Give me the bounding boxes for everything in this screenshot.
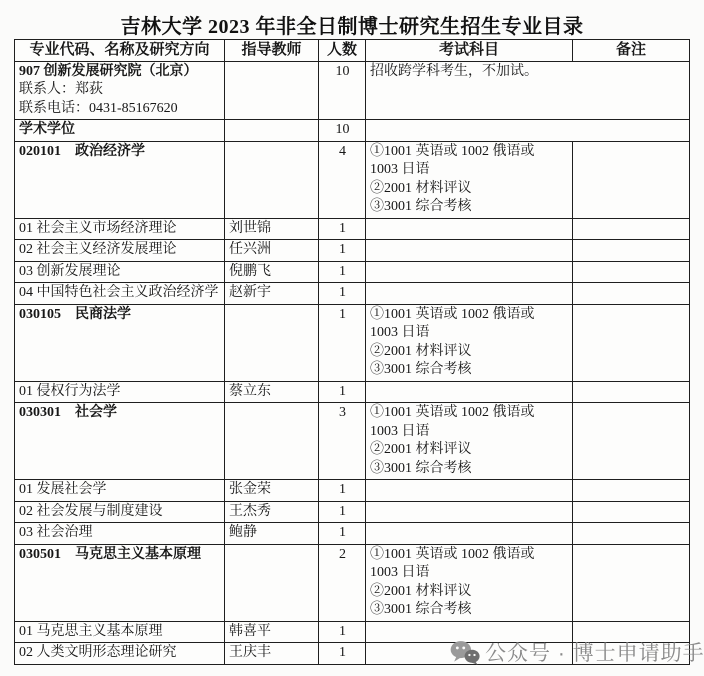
count-cell: 1 [319, 218, 366, 240]
exam-subject-line: ②2001 材料评议 [370, 343, 569, 362]
page: { "page": { "title": "吉林大学 2023 年非全日制博士研… [0, 0, 704, 676]
header-remarks: 备注 [573, 40, 690, 62]
program-name-cell: 01 社会主义市场经济理论 [15, 218, 225, 240]
exam-subject-line: ②2001 材料评议 [370, 180, 569, 199]
program-name-cell: 学术学位 [15, 120, 225, 142]
note-cell [573, 141, 690, 218]
exam-subjects-cell: ①1001 英语或 1002 俄语或1003 日语②2001 材料评议③3001… [366, 304, 573, 381]
note-cell [573, 480, 690, 502]
table-header-row: 专业代码、名称及研究方向 指导教师 人数 考试科目 备注 [15, 40, 690, 62]
program-name-cell: 03 社会治理 [15, 523, 225, 545]
supervisor-cell: 赵新宇 [225, 283, 319, 305]
exam-subject-line: 1003 日语 [370, 564, 569, 583]
program-name-cell: 04 中国特色社会主义政治经济学 [15, 283, 225, 305]
catalog-table-body: 907 创新发展研究院（北京）联系人：郑荻联系电话：0431-851676201… [15, 61, 690, 664]
note-cell [573, 544, 690, 621]
exam-subjects-cell [366, 218, 573, 240]
supervisor-cell: 任兴洲 [225, 240, 319, 262]
table-row-direction: 03 社会治理鲍静1 [15, 523, 690, 545]
count-cell: 10 [319, 61, 366, 120]
supervisor-cell [225, 120, 319, 142]
program-name-line: 01 侵权行为法学 [19, 383, 221, 402]
table-row-program: 030301 社会学3①1001 英语或 1002 俄语或1003 日语②200… [15, 403, 690, 480]
count-cell: 1 [319, 643, 366, 665]
table-row-program: 030105 民商法学1①1001 英语或 1002 俄语或1003 日语②20… [15, 304, 690, 381]
count-cell: 1 [319, 501, 366, 523]
exam-subject-line: ②2001 材料评议 [370, 583, 569, 602]
exam-subject-line: 1003 日语 [370, 423, 569, 442]
exam-subjects-cell: ①1001 英语或 1002 俄语或1003 日语②2001 材料评议③3001… [366, 141, 573, 218]
note-cell [573, 240, 690, 262]
count-cell: 1 [319, 240, 366, 262]
exam-subjects-cell [366, 261, 573, 283]
table-row-direction: 04 中国特色社会主义政治经济学赵新宇1 [15, 283, 690, 305]
header-count: 人数 [319, 40, 366, 62]
supervisor-cell: 刘世锦 [225, 218, 319, 240]
catalog-table: 专业代码、名称及研究方向 指导教师 人数 考试科目 备注 907 创新发展研究院… [14, 39, 690, 665]
program-name-line: 02 社会发展与制度建设 [19, 503, 221, 522]
count-cell: 1 [319, 523, 366, 545]
exam-subjects-cell [366, 240, 573, 262]
note-cell [573, 381, 690, 403]
program-name-line: 020101 政治经济学 [19, 143, 221, 162]
program-name-line: 030105 民商法学 [19, 306, 221, 325]
program-name-line: 02 社会主义经济发展理论 [19, 241, 221, 260]
supervisor-cell: 鲍静 [225, 523, 319, 545]
supervisor-cell: 王庆丰 [225, 643, 319, 665]
exam-subject-line: ①1001 英语或 1002 俄语或 [370, 546, 569, 565]
table-row-direction: 01 发展社会学张金荣1 [15, 480, 690, 502]
count-cell: 1 [319, 621, 366, 643]
table-row-direction: 02 社会发展与制度建设王杰秀1 [15, 501, 690, 523]
exam-subjects-cell [366, 480, 573, 502]
table-row-direction: 01 侵权行为法学蔡立东1 [15, 381, 690, 403]
program-name-cell: 01 发展社会学 [15, 480, 225, 502]
table-row-direction: 03 创新发展理论倪鹏飞1 [15, 261, 690, 283]
program-name-cell: 02 人类文明形态理论研究 [15, 643, 225, 665]
program-name-cell: 030105 民商法学 [15, 304, 225, 381]
note-merged-cell: 招收跨学科考生，不加试。 [366, 61, 690, 120]
program-name-cell: 03 创新发展理论 [15, 261, 225, 283]
note-cell [573, 283, 690, 305]
program-name-line: 03 社会治理 [19, 524, 221, 543]
exam-subjects-cell [366, 381, 573, 403]
exam-subject-line: ③3001 综合考核 [370, 198, 569, 217]
exam-subject-line: ①1001 英语或 1002 俄语或 [370, 306, 569, 325]
note-cell [573, 261, 690, 283]
supervisor-cell [225, 61, 319, 120]
supervisor-cell [225, 403, 319, 480]
supervisor-cell: 王杰秀 [225, 501, 319, 523]
exam-subject-line: ①1001 英语或 1002 俄语或 [370, 143, 569, 162]
exam-subjects-cell: ①1001 英语或 1002 俄语或1003 日语②2001 材料评议③3001… [366, 403, 573, 480]
count-cell: 2 [319, 544, 366, 621]
wechat-icon [450, 640, 480, 665]
exam-subject-line: ③3001 综合考核 [370, 601, 569, 620]
exam-subject-line: ③3001 综合考核 [370, 460, 569, 479]
program-name-line: 03 创新发展理论 [19, 263, 221, 282]
program-name-line: 030301 社会学 [19, 404, 221, 423]
table-row-program: 020101 政治经济学4①1001 英语或 1002 俄语或1003 日语②2… [15, 141, 690, 218]
count-cell: 1 [319, 381, 366, 403]
program-name-cell: 030501 马克思主义基本原理 [15, 544, 225, 621]
note-cell [573, 523, 690, 545]
exam-subject-line: 1003 日语 [370, 324, 569, 343]
note-cell [573, 403, 690, 480]
table-row-dept: 907 创新发展研究院（北京）联系人：郑荻联系电话：0431-851676201… [15, 61, 690, 120]
header-major-code: 专业代码、名称及研究方向 [15, 40, 225, 62]
program-name-line: 907 创新发展研究院（北京） [19, 63, 221, 82]
program-name-cell: 030301 社会学 [15, 403, 225, 480]
exam-subjects-cell [366, 283, 573, 305]
supervisor-cell [225, 544, 319, 621]
table-row-program: 030501 马克思主义基本原理2①1001 英语或 1002 俄语或1003 … [15, 544, 690, 621]
supervisor-cell [225, 304, 319, 381]
program-name-line: 04 中国特色社会主义政治经济学 [19, 284, 221, 303]
page-title: 吉林大学 2023 年非全日制博士研究生招生专业目录 [0, 0, 704, 39]
program-name-line: 01 社会主义市场经济理论 [19, 220, 221, 239]
program-name-cell: 020101 政治经济学 [15, 141, 225, 218]
exam-subject-line: 1003 日语 [370, 161, 569, 180]
program-name-line: 联系人：郑荻 [19, 81, 221, 100]
count-cell: 1 [319, 480, 366, 502]
program-name-cell: 01 侵权行为法学 [15, 381, 225, 403]
supervisor-cell: 蔡立东 [225, 381, 319, 403]
table-row-section: 学术学位10 [15, 120, 690, 142]
program-name-cell: 02 社会主义经济发展理论 [15, 240, 225, 262]
count-cell: 10 [319, 120, 366, 142]
supervisor-cell: 张金荣 [225, 480, 319, 502]
program-name-line: 学术学位 [19, 121, 221, 140]
table-row-direction: 02 社会主义经济发展理论任兴洲1 [15, 240, 690, 262]
supervisor-cell: 韩喜平 [225, 621, 319, 643]
header-exam-subjects: 考试科目 [366, 40, 573, 62]
exam-subjects-cell: ①1001 英语或 1002 俄语或1003 日语②2001 材料评议③3001… [366, 544, 573, 621]
program-name-line: 01 马克思主义基本原理 [19, 623, 221, 642]
program-name-line: 02 人类文明形态理论研究 [19, 644, 221, 663]
exam-subjects-cell [366, 523, 573, 545]
note-merged-cell [366, 120, 690, 142]
program-name-line: 联系电话：0431-85167620 [19, 100, 221, 119]
note-cell [573, 304, 690, 381]
note-cell [573, 501, 690, 523]
program-name-cell: 02 社会发展与制度建设 [15, 501, 225, 523]
watermark-text: 公众号 · 博士申请助手 [485, 637, 704, 667]
count-cell: 4 [319, 141, 366, 218]
count-cell: 3 [319, 403, 366, 480]
exam-subjects-cell [366, 501, 573, 523]
count-cell: 1 [319, 304, 366, 381]
supervisor-cell [225, 141, 319, 218]
program-name-line: 030501 马克思主义基本原理 [19, 546, 221, 565]
exam-subject-line: ①1001 英语或 1002 俄语或 [370, 404, 569, 423]
count-cell: 1 [319, 283, 366, 305]
supervisor-cell: 倪鹏飞 [225, 261, 319, 283]
count-cell: 1 [319, 261, 366, 283]
exam-subject-line: ③3001 综合考核 [370, 361, 569, 380]
table-row-direction: 01 社会主义市场经济理论刘世锦1 [15, 218, 690, 240]
header-supervisor: 指导教师 [225, 40, 319, 62]
watermark: 公众号 · 博士申请助手 [450, 637, 704, 667]
program-name-line: 01 发展社会学 [19, 481, 221, 500]
exam-subject-line: ②2001 材料评议 [370, 441, 569, 460]
program-name-cell: 907 创新发展研究院（北京）联系人：郑荻联系电话：0431-85167620 [15, 61, 225, 120]
note-cell [573, 218, 690, 240]
program-name-cell: 01 马克思主义基本原理 [15, 621, 225, 643]
